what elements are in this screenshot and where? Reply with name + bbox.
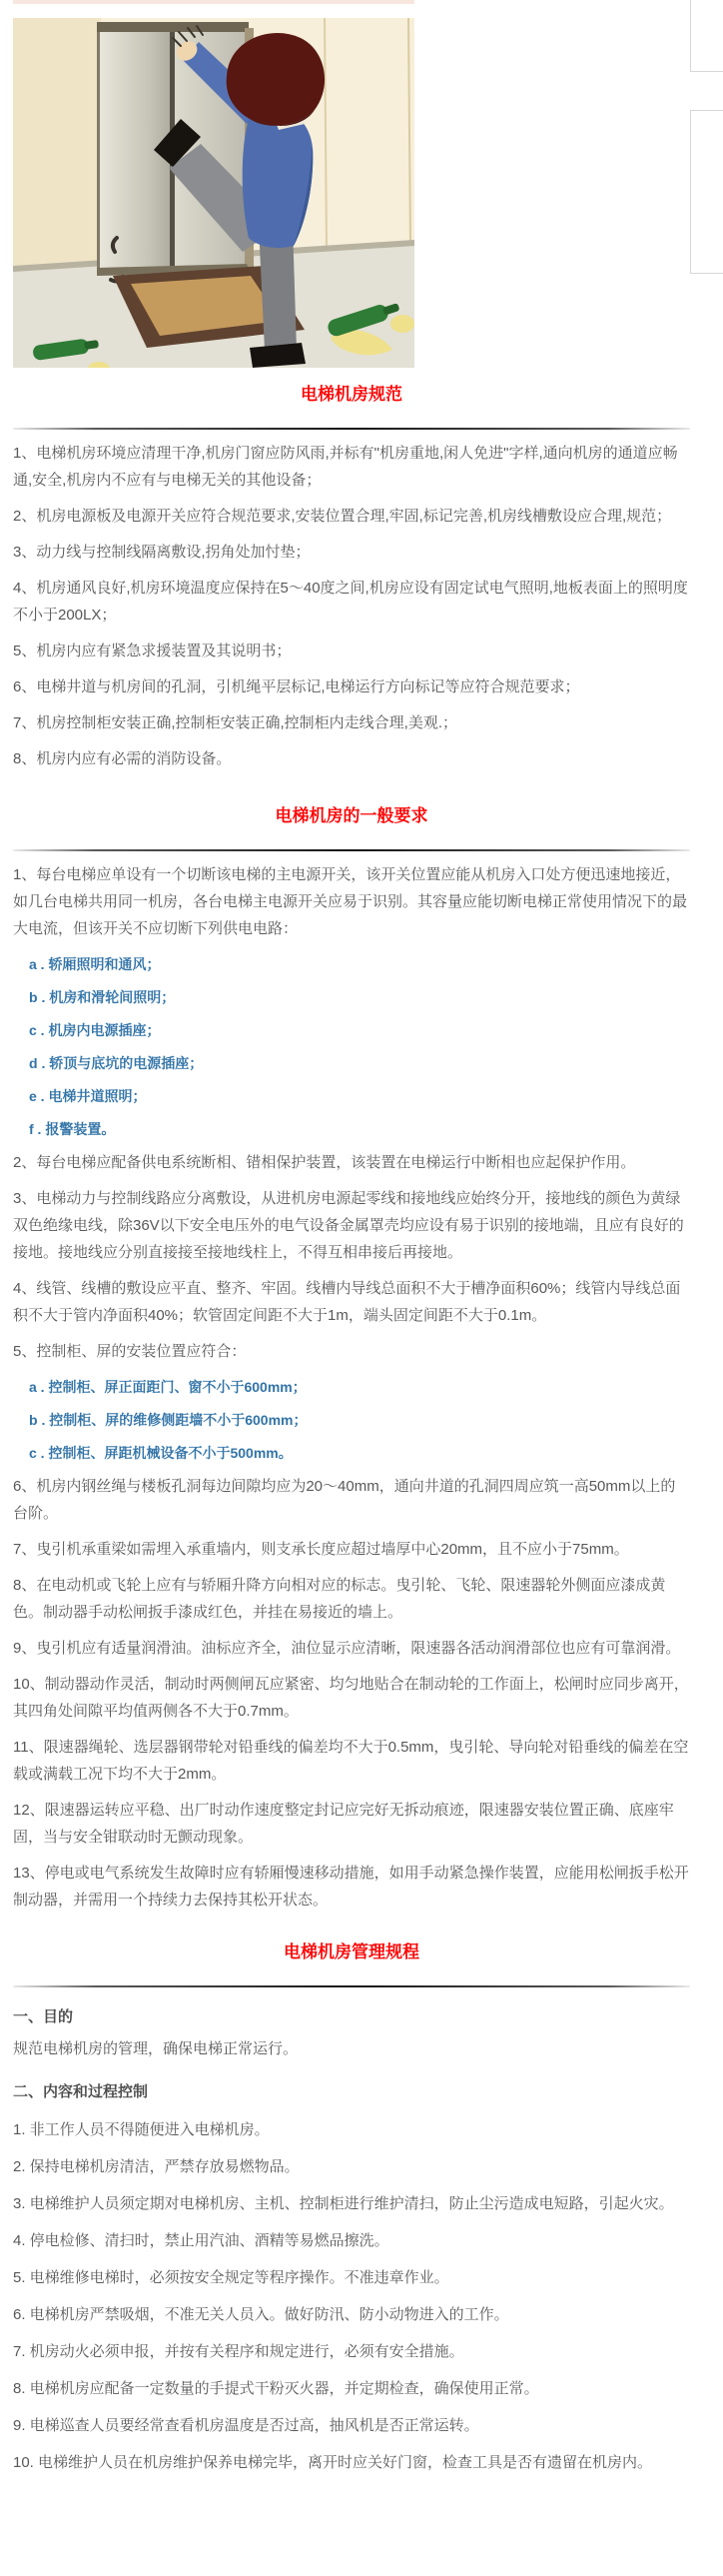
page-root: 电梯机房规范 1、电梯机房环境应清理干净,机房门窗应防风雨,并标有"机房重地,闲…: [0, 0, 723, 2576]
list-item: 1. 非工作人员不得随便进入电梯机房。: [13, 2116, 690, 2143]
sub-list-item: c . 控制柜、屏距机械设备不小于500mm。: [13, 1440, 690, 1467]
list-item: 1、电梯机房环境应清理干净,机房门窗应防风雨,并标有"机房重地,闲人免进"字样,…: [13, 440, 690, 494]
sub-list-item: d . 轿顶与底坑的电源插座；: [13, 1050, 690, 1077]
list-item: 7、机房控制柜安装正确,控制柜安装正确,控制柜内走线合理,美观.；: [13, 709, 690, 736]
list-item: 1、每台电梯应单设有一个切断该电梯的主电源开关，该开关位置应能从机房入口处方便迅…: [13, 861, 690, 942]
list-item: 8、机房内应有必需的消防设备。: [13, 745, 690, 772]
list-item: 3、电梯动力与控制线路应分离敷设，从进机房电源起零线和接地线应始终分开，接地线的…: [13, 1185, 690, 1266]
sidebar-card[interactable]: [690, 0, 723, 72]
list-item: 10. 电梯维护人员在机房维护保养电梯完毕，离开时应关好门窗，检查工具是否有遗留…: [13, 2449, 690, 2476]
sub-list-item: c . 机房内电源插座；: [13, 1017, 690, 1044]
list-item: 7. 机房动火必须申报，并按有关程序和规定进行，必须有安全措施。: [13, 2338, 690, 2365]
list-item: 7、曳引机承重梁如需埋入承重墙内，则支承长度应超过墙厚中心20mm，且不应小于7…: [13, 1536, 690, 1563]
article-content: 电梯机房规范 1、电梯机房环境应清理干净,机房门窗应防风雨,并标有"机房重地,闲…: [13, 0, 690, 2486]
sub-list-item: a . 轿厢照明和通风；: [13, 951, 690, 978]
management-purpose-heading: 一、目的: [13, 2005, 690, 2029]
list-item: 2. 保持电梯机房清洁，严禁存放易燃物品。: [13, 2153, 690, 2180]
list-item: 5. 电梯维修电梯时，必须按安全规定等程序操作。不准违章作业。: [13, 2264, 690, 2291]
sub-list-item: b . 机房和滑轮间照明；: [13, 984, 690, 1011]
list-item: 3、动力线与控制线隔离敷设,拐角处加忖垫；: [13, 539, 690, 566]
list-item: 9. 电梯巡查人员要经常查看机房温度是否过高，抽风机是否正常运转。: [13, 2412, 690, 2439]
list-item: 6、机房内钢丝绳与楼板孔洞每边间隙均应为20～40mm，通向井道的孔洞四周应筑一…: [13, 1473, 690, 1527]
list-item: 8. 电梯机房应配备一定数量的手提式干粉灭火器，并定期检查，确保使用正常。: [13, 2375, 690, 2402]
previous-image-edge: [13, 0, 414, 4]
list-item: 2、机房电源板及电源开关应符合规范要求,安装位置合理,牢固,标记完善,机房线槽敷…: [13, 503, 690, 530]
list-item: 12、限速器运转应平稳、出厂时动作速度整定封记应完好无拆动痕迹，限速器安装位置正…: [13, 1797, 690, 1851]
section-title-general: 电梯机房的一般要求: [13, 804, 690, 828]
list-item: 8、在电动机或飞轮上应有与轿厢升降方向相对应的标志。曳引轮、飞轮、限速器轮外侧面…: [13, 1572, 690, 1626]
list-item: 9、曳引机应有适量润滑油。油标应齐全，油位显示应清晰，限速器各活动润滑部位也应有…: [13, 1635, 690, 1662]
section-divider: [13, 1985, 690, 1987]
management-content-heading: 二、内容和过程控制: [13, 2080, 690, 2104]
list-item: 规范电梯机房的管理，确保电梯正常运行。: [13, 2035, 690, 2062]
list-item: 2、每台电梯应配备供电系统断相、错相保护装置，该装置在电梯运行中断相也应起保护作…: [13, 1149, 690, 1176]
general-item-list: 1、每台电梯应单设有一个切断该电梯的主电源开关，该开关位置应能从机房入口处方便迅…: [13, 851, 690, 1914]
section-title-spec: 电梯机房规范: [13, 383, 690, 407]
list-item: 13、停电或电气系统发生故障时应有轿厢慢速移动措施，如用手动紧急操作装置，应能用…: [13, 1860, 690, 1914]
spec-item-list: 1、电梯机房环境应清理干净,机房门窗应防风雨,并标有"机房重地,闲人免进"字样,…: [13, 430, 690, 772]
list-item: 3. 电梯维护人员须定期对电梯机房、主机、控制柜进行维护清扫，防止尘污造成电短路…: [13, 2190, 690, 2217]
list-item: 6、电梯井道与机房间的孔洞，引机绳平层标记,电梯运行方向标记等应符合规范要求；: [13, 673, 690, 700]
list-item: 10、制动器动作灵活，制动时两侧闸瓦应紧密、均匀地贴合在制动轮的工作面上，松闸时…: [13, 1671, 690, 1725]
management-content-list: 1. 非工作人员不得随便进入电梯机房。2. 保持电梯机房清洁，严禁存放易燃物品。…: [13, 2104, 690, 2476]
list-item: 11、限速器绳轮、选层器钢带轮对铅垂线的偏差均不大于0.5mm，曳引轮、导向轮对…: [13, 1734, 690, 1788]
list-item: 4、线管、线槽的敷设应平直、整齐、牢固。线槽内导线总面积不大于槽净面积60%；线…: [13, 1275, 690, 1329]
list-item: 4、机房通风良好,机房环境温度应保持在5～40度之间,机房应设有固定试电气照明,…: [13, 575, 690, 629]
list-item: 5、机房内应有紧急求援装置及其说明书；: [13, 638, 690, 664]
sidebar-card[interactable]: [690, 110, 723, 274]
elevator-illustration: [13, 18, 414, 368]
list-item: 4. 停电检修、清扫时，禁止用汽油、酒精等易燃品擦洗。: [13, 2227, 690, 2254]
list-item: 6. 电梯机房严禁吸烟，不准无关人员入。做好防汛、防小动物进入的工作。: [13, 2301, 690, 2328]
sub-list-item: b . 控制柜、屏的维修侧距墙不小于600mm；: [13, 1407, 690, 1434]
list-item: 5、控制柜、屏的安装位置应符合：: [13, 1338, 690, 1365]
sub-list-item: a . 控制柜、屏正面距门、窗不小于600mm；: [13, 1374, 690, 1401]
sub-list-item: f . 报警装置。: [13, 1116, 690, 1143]
sub-list-item: e . 电梯井道照明；: [13, 1083, 690, 1110]
management-purpose-list: 规范电梯机房的管理，确保电梯正常运行。: [13, 2029, 690, 2062]
section-title-management: 电梯机房管理规程: [13, 1940, 690, 1964]
